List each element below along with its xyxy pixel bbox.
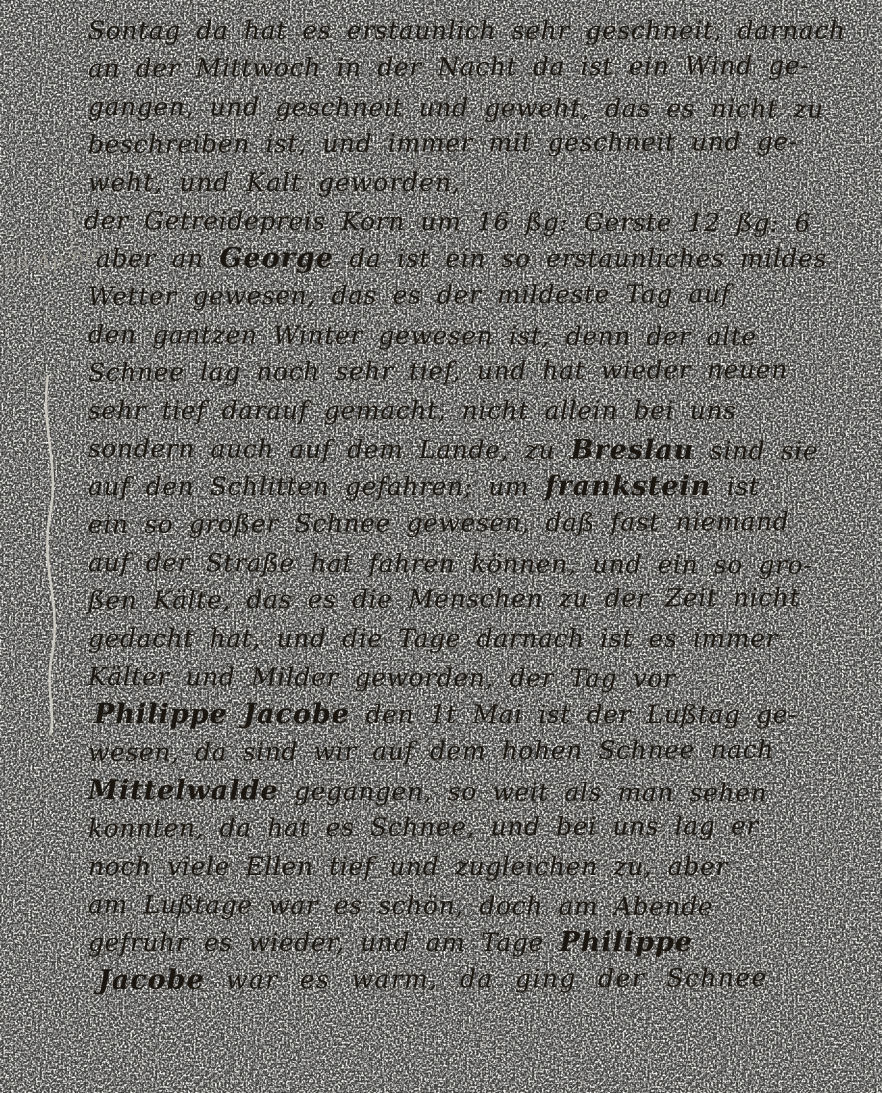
manuscript-line: gedacht hat, und die Tage darnach ist es… — [88, 620, 874, 658]
manuscript-line: ein so großer Schnee gewesen, daß fast n… — [88, 503, 874, 544]
latin-script-word: George — [219, 243, 334, 274]
manuscript-line: an der Mittwoch in der Nacht da ist ein … — [88, 47, 874, 88]
manuscript-line: am Lußtage war es schön, doch am Abende — [88, 886, 874, 927]
manuscript-line: Jacobe war es warm, da ging der Schnee — [98, 959, 874, 1000]
manuscript-line: Kälter und Milder geworden, der Tag vor — [88, 658, 874, 699]
manuscript-line: Philippe Jacobe den 1t Mai ist der Lußta… — [94, 696, 874, 734]
manuscript-line: auf den Schlitten gefahren; um frankstei… — [88, 468, 874, 506]
manuscript-line: Wetter gewesen, das es der mildeste Tag … — [88, 275, 874, 316]
manuscript-line: gefruhr es wieder, und am Tage Philippe — [88, 924, 874, 962]
manuscript-line: Schnee lag noch sehr tief, und hat wiede… — [88, 351, 874, 392]
manuscript-line: sondern auch auf dem Lande, zu Breslau s… — [88, 430, 874, 471]
manuscript-line: ßen Kälte, das es die Menschen zu der Ze… — [88, 579, 874, 620]
latin-script-word: Mittelwalde — [88, 775, 279, 807]
latin-script-word: Philippe — [94, 699, 228, 730]
manuscript-line: wesen, da sind wir auf dem hohen Schnee … — [88, 731, 874, 772]
manuscript-line: noch viele Ellen tief und zugleichen zu,… — [88, 848, 874, 886]
margin-note-date: 23.Ap.60 — [3, 244, 99, 277]
latin-script-word: frankstein — [545, 471, 711, 502]
latin-script-word: Jacobe — [243, 699, 350, 730]
manuscript-text-block: Sontag da hat es erstaunlich sehr geschn… — [88, 12, 874, 1000]
manuscript-line: weht, und Kalt geworden, — [88, 164, 874, 202]
manuscript-line: sehr tief darauf gemacht, nicht allein b… — [88, 392, 874, 430]
manuscript-line: aber an George da ist ein so erstaunlich… — [96, 240, 874, 278]
manuscript-line: beschreiben ist, und immer mit geschneit… — [88, 123, 874, 164]
manuscript-line: Sontag da hat es erstaunlich sehr geschn… — [88, 12, 874, 50]
manuscript-line-grain-prices: der Getreidepreis Korn um 16 ßg: Gerste … — [84, 202, 874, 243]
manuscript-page: 23.Ap.60 Sontag da hat es erstaunlich se… — [0, 0, 882, 1093]
latin-script-word: Jacobe — [98, 965, 205, 996]
latin-script-word: Philippe — [559, 927, 693, 958]
latin-script-word: Breslau — [571, 435, 695, 466]
manuscript-line: konnten, da hat es Schnee, und bei uns l… — [88, 807, 874, 848]
